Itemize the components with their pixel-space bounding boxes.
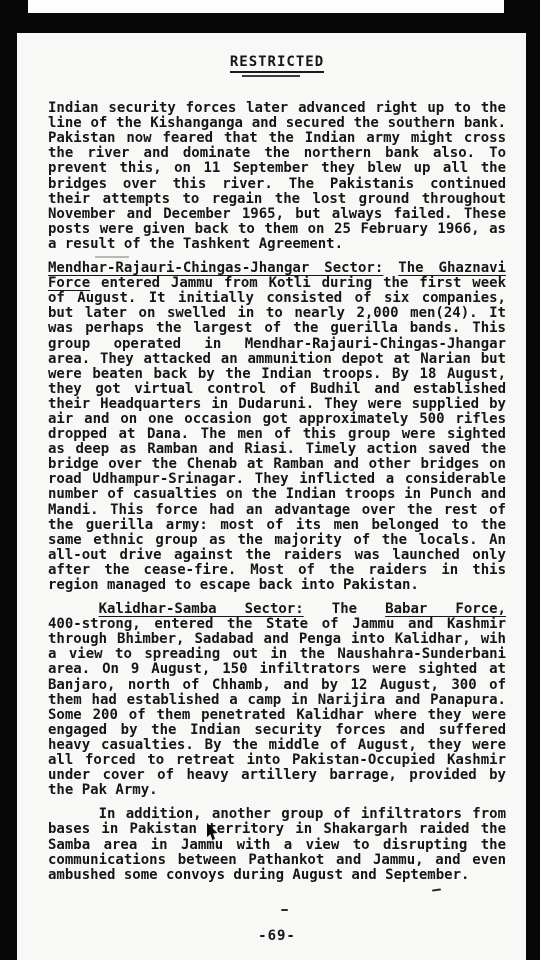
scanned-document-page: RESTRICTED Indian security forces later … — [0, 0, 540, 960]
text-segment: bases in Pakistan territory in Shakargar… — [48, 821, 506, 837]
text-segment: them had established a camp in Narijira … — [48, 692, 506, 708]
page-number: -69- — [48, 929, 506, 944]
text-segment: were beaten back by the Indian troops. B… — [48, 366, 506, 382]
underlined-text-segment: Kalidhar-Samba Sector: — [99, 601, 304, 617]
text-line: engaged by the Indian security forces an… — [48, 723, 506, 738]
text-line: 400-strong, entered the State of Jammu a… — [48, 617, 506, 632]
text-segment: was perhaps the largest of the guerilla … — [48, 320, 506, 336]
text-line: a view to spreading out in the Naushahra… — [48, 647, 506, 662]
text-segment: prevent this, on 11 September they blew … — [48, 160, 506, 176]
underlined-text-segment: The Ghaznavi — [398, 260, 506, 276]
text-line: communications between Pathankot and Jam… — [48, 853, 506, 868]
text-line: under cover of heavy artillery barrage, … — [48, 768, 506, 783]
paragraph: Kalidhar-Samba Sector: The Babar Force,4… — [48, 602, 506, 798]
scan-smudge-under-header — [242, 75, 300, 77]
text-line: their Headquarters in Dudaruni. They wer… — [48, 397, 506, 412]
text-segment: Indian security forces later advanced ri… — [48, 100, 506, 116]
restricted-classification-label: RESTRICTED — [230, 55, 324, 73]
text-line: air and on one occasion got approximatel… — [48, 412, 506, 427]
text-segment: The — [304, 601, 386, 617]
text-segment: all forced to retreat into Pakistan-Occu… — [48, 752, 506, 768]
scan-border-top-bar — [0, 13, 540, 33]
text-line: bridge over the Chenab at Ramban and oth… — [48, 457, 506, 472]
paragraph: Indian security forces later advanced ri… — [48, 101, 506, 252]
text-segment: engaged by the Indian security forces an… — [48, 722, 506, 738]
text-segment: line of the Kishanganga and secured the … — [48, 115, 506, 131]
text-segment: area. On 9 August, 150 infiltrators were… — [48, 661, 506, 677]
page-body: RESTRICTED Indian security forces later … — [17, 33, 526, 960]
text-segment: area. They attacked an ammunition depot … — [48, 351, 506, 367]
text-segment: same ethnic group as the majority of the… — [48, 532, 506, 548]
text-line: bridges over this river. The Pakistanis … — [48, 177, 506, 192]
text-line: ambushed some convoys during August and … — [48, 868, 506, 883]
scan-dash-mark — [281, 909, 288, 911]
text-line: line of the Kishanganga and secured the … — [48, 116, 506, 131]
text-line: Kalidhar-Samba Sector: The Babar Force, — [48, 602, 506, 617]
underlined-text-segment: Mendhar-Rajauri-Chingas-Jhangar Sector: — [48, 260, 383, 276]
text-line: them had established a camp in Narijira … — [48, 693, 506, 708]
text-segment: through Bhimber, Sadabad and Penga into … — [48, 631, 506, 647]
text-segment: their Headquarters in Dudaruni. They wer… — [48, 396, 506, 412]
text-segment: group operated in Mendhar-Rajauri-Chinga… — [48, 336, 506, 352]
text-line: Force entered Jammu from Kotli during th… — [48, 276, 506, 291]
text-segment: region managed to escape back into Pakis… — [48, 577, 419, 593]
text-line: Indian security forces later advanced ri… — [48, 101, 506, 116]
text-column: RESTRICTED Indian security forces later … — [48, 55, 506, 944]
page-header: RESTRICTED — [48, 55, 506, 77]
text-line: but later on swelled in to nearly 2,000 … — [48, 306, 506, 321]
underlined-text-segment: Babar Force, — [385, 601, 506, 617]
text-segment: air and on one occasion got approximatel… — [48, 411, 506, 427]
text-segment: Pakistan now feared that the Indian army… — [48, 130, 506, 146]
text-segment: as deep as Ramban and Riasi. Timely acti… — [48, 441, 506, 457]
text-line: of August. It initially consisted of six… — [48, 291, 506, 306]
text-segment: a result of the Tashkent Agreement. — [48, 236, 343, 252]
text-line: In addition, another group of infiltrato… — [48, 807, 506, 822]
text-line: a result of the Tashkent Agreement. — [48, 237, 506, 252]
text-line: all forced to retreat into Pakistan-Occu… — [48, 753, 506, 768]
text-segment: all-out drive against the raiders was la… — [48, 547, 506, 563]
text-line: were beaten back by the Indian troops. B… — [48, 367, 506, 382]
text-line: the river and dominate the northern bank… — [48, 146, 506, 161]
text-segment: Some 200 of them penetrated Kalidhar whe… — [48, 707, 506, 723]
text-segment: but later on swelled in to nearly 2,000 … — [48, 305, 506, 321]
text-segment: ambushed some convoys during August and … — [48, 867, 469, 883]
mouse-cursor-icon — [206, 823, 219, 841]
text-line: region managed to escape back into Pakis… — [48, 578, 506, 593]
text-segment: heavy casualties. By the middle of Augus… — [48, 737, 506, 753]
text-line: posts were given back to them on 25 Febr… — [48, 222, 506, 237]
text-line: they got virtual control of Budhil and e… — [48, 382, 506, 397]
text-line: Mendhar-Rajauri-Chingas-Jhangar Sector: … — [48, 261, 506, 276]
text-segment: under cover of heavy artillery barrage, … — [48, 767, 506, 783]
text-segment: they got virtual control of Budhil and e… — [48, 381, 506, 397]
text-segment: entered Jammu from Kotli during the firs… — [90, 275, 506, 291]
document-body: Indian security forces later advanced ri… — [48, 101, 506, 883]
text-segment: In addition, another group of infiltrato… — [99, 806, 506, 822]
text-line: their attempts to regain the lost ground… — [48, 192, 506, 207]
scan-smudge — [95, 256, 129, 258]
text-segment: the river and dominate the northern bank… — [48, 145, 506, 161]
text-segment: bridges over this river. The Pakistanis … — [48, 176, 506, 192]
text-line: prevent this, on 11 September they blew … — [48, 161, 506, 176]
text-line: Banjaro, north of Chhamb, and by 12 Augu… — [48, 678, 506, 693]
text-segment: their attempts to regain the lost ground… — [48, 191, 506, 207]
text-segment — [383, 260, 398, 276]
text-segment: number of casualties on the Indian troop… — [48, 486, 506, 502]
paragraph: Mendhar-Rajauri-Chingas-Jhangar Sector: … — [48, 261, 506, 593]
text-segment: Mandi. This force had an advantage over … — [48, 502, 506, 518]
text-line: road Udhampur-Srinagar. They inflicted a… — [48, 472, 506, 487]
text-line: the Pak Army. — [48, 783, 506, 798]
text-segment: November and December 1965, but always f… — [48, 206, 506, 222]
text-line: area. On 9 August, 150 infiltrators were… — [48, 662, 506, 677]
text-line: group operated in Mendhar-Rajauri-Chinga… — [48, 337, 506, 352]
text-segment: of August. It initially consisted of six… — [48, 290, 506, 306]
text-line: number of casualties on the Indian troop… — [48, 487, 506, 502]
text-line: dropped at Dana. The men of this group w… — [48, 427, 506, 442]
scan-border-right-bar — [526, 32, 540, 960]
text-segment: 400-strong, entered the State of Jammu a… — [48, 616, 506, 632]
text-segment: the Pak Army. — [48, 782, 158, 798]
text-segment: dropped at Dana. The men of this group w… — [48, 426, 506, 442]
underlined-text-segment: Force — [48, 275, 90, 291]
text-segment: road Udhampur-Srinagar. They inflicted a… — [48, 471, 506, 487]
text-line: after the cease-fire. Most of the raider… — [48, 563, 506, 578]
text-line: Samba area in Jammu with a view to disru… — [48, 838, 506, 853]
text-segment: after the cease-fire. Most of the raider… — [48, 562, 506, 578]
text-segment: Samba area in Jammu with a view to disru… — [48, 837, 506, 853]
text-line: November and December 1965, but always f… — [48, 207, 506, 222]
text-line: area. They attacked an ammunition depot … — [48, 352, 506, 367]
text-line: Mandi. This force had an advantage over … — [48, 503, 506, 518]
text-line: as deep as Ramban and Riasi. Timely acti… — [48, 442, 506, 457]
text-segment: communications between Pathankot and Jam… — [48, 852, 506, 868]
text-segment: the guerilla army: most of its men belon… — [48, 517, 506, 533]
text-line: Some 200 of them penetrated Kalidhar whe… — [48, 708, 506, 723]
text-line: was perhaps the largest of the guerilla … — [48, 321, 506, 336]
paragraph: In addition, another group of infiltrato… — [48, 807, 506, 882]
text-segment: posts were given back to them on 25 Febr… — [48, 221, 506, 237]
text-line: same ethnic group as the majority of the… — [48, 533, 506, 548]
text-segment: bridge over the Chenab at Ramban and oth… — [48, 456, 506, 472]
text-segment: a view to spreading out in the Naushahra… — [48, 646, 506, 662]
text-line: all-out drive against the raiders was la… — [48, 548, 506, 563]
text-line: heavy casualties. By the middle of Augus… — [48, 738, 506, 753]
text-line: Pakistan now feared that the Indian army… — [48, 131, 506, 146]
scan-border-left-bar — [0, 32, 17, 960]
text-line: through Bhimber, Sadabad and Penga into … — [48, 632, 506, 647]
text-segment: Banjaro, north of Chhamb, and by 12 Augu… — [48, 677, 506, 693]
text-line: the guerilla army: most of its men belon… — [48, 518, 506, 533]
text-line: bases in Pakistan territory in Shakargar… — [48, 822, 506, 837]
